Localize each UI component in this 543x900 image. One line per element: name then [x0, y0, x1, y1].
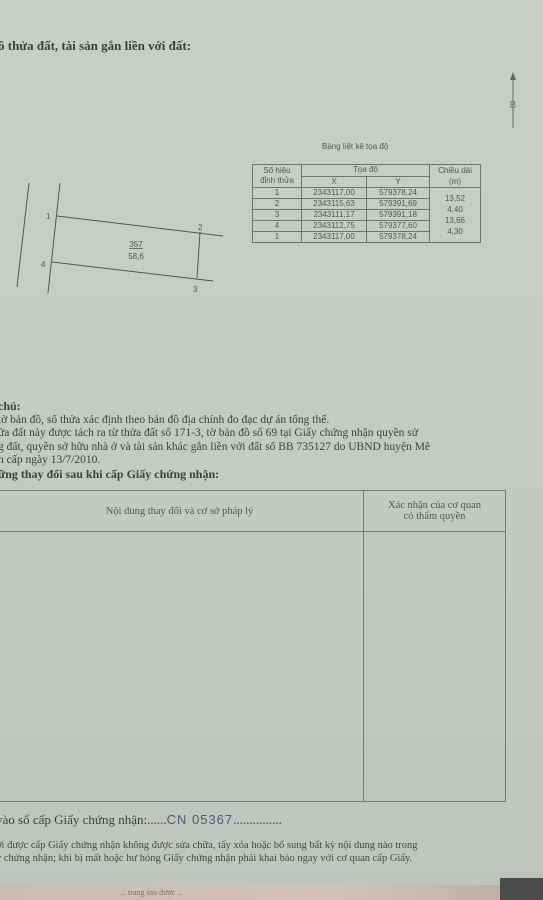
header-change-content: Nội dung thay đổi và cơ sở pháp lý	[0, 491, 364, 532]
x-cell: 2343117,00	[302, 232, 367, 243]
y-cell: 579378,24	[367, 232, 430, 243]
changes-table: Nội dung thay đổi và cơ sở pháp lý Xác n…	[0, 490, 506, 802]
vertex-cell: 4	[253, 221, 302, 232]
north-arrow-icon: B	[505, 70, 521, 130]
x-cell: 2343115,63	[302, 199, 367, 210]
header-x: X	[302, 176, 367, 188]
vertex-cell: 2	[253, 199, 302, 210]
header-length: Chiều dài (m)	[430, 165, 481, 188]
registry-line: vào sổ cấp Giấy chứng nhận:......CN 0536…	[0, 812, 282, 828]
parcel-sketch: 1 2 3 4 357 58,6	[0, 175, 240, 295]
svg-text:4: 4	[41, 260, 46, 269]
note-line: tờ bản đồ, số thửa xác định theo bản đồ …	[0, 414, 430, 428]
svg-text:58,6: 58,6	[128, 252, 144, 261]
note-line: n cấp ngày 13/7/2010.	[0, 454, 430, 468]
svg-text:2: 2	[198, 223, 203, 232]
coordinate-table: Số hiệu đỉnh thửa Tọa độ Chiều dài (m) X…	[252, 164, 481, 243]
y-cell: 579377,60	[367, 221, 430, 232]
y-cell: 579391,69	[367, 199, 430, 210]
y-cell: 579391,18	[367, 210, 430, 221]
coordinate-table-title: Bảng liệt kê tọa độ	[322, 142, 388, 151]
registry-label: vào sổ cấp Giấy chứng nhận:	[0, 812, 147, 827]
svg-text:357: 357	[129, 240, 143, 249]
svg-text:1: 1	[46, 212, 51, 221]
registry-number: CN 05367	[167, 812, 234, 827]
header-vertex: Số hiệu đỉnh thửa	[253, 165, 302, 188]
length-cell: 13,524,4013,664,30	[430, 188, 481, 243]
coordinate-row: 12343117,00579378,2413,524,4013,664,30	[253, 188, 481, 199]
note-line: ửa đất này được tách ra từ thửa đất số 1…	[0, 427, 430, 441]
changes-title: ững thay đổi sau khi cấp Giấy chứng nhận…	[0, 468, 430, 482]
section-heading: ồ thửa đất, tài sản gắn liền với đất:	[0, 38, 191, 54]
header-confirmation: Xác nhận của cơ quan có thẩm quyền	[364, 491, 506, 532]
background-corner	[500, 878, 543, 900]
header-y: Y	[367, 176, 430, 188]
x-cell: 2343117,00	[302, 188, 367, 199]
x-cell: 2343112,75	[302, 221, 367, 232]
notes-section: chú: tờ bản đồ, số thửa xác định theo bả…	[0, 400, 430, 481]
vertex-cell: 1	[253, 188, 302, 199]
note-line: g đất, quyền sở hữu nhà ở và tài sản khá…	[0, 441, 430, 455]
svg-text:3: 3	[193, 285, 198, 294]
confirmation-cell	[364, 532, 506, 802]
svg-text:B: B	[510, 100, 517, 111]
next-page-edge	[0, 885, 543, 900]
x-cell: 2343111,17	[302, 210, 367, 221]
vertex-cell: 1	[253, 232, 302, 243]
y-cell: 579378,24	[367, 188, 430, 199]
header-coords: Tọa độ	[302, 165, 430, 177]
notes-title: chú:	[0, 400, 430, 414]
vertex-cell: 3	[253, 210, 302, 221]
change-content-cell	[0, 532, 364, 802]
warning-text: ời được cấp Giấy chứng nhận không được s…	[0, 840, 418, 865]
next-page-text: ... trang sau được ...	[120, 888, 183, 897]
